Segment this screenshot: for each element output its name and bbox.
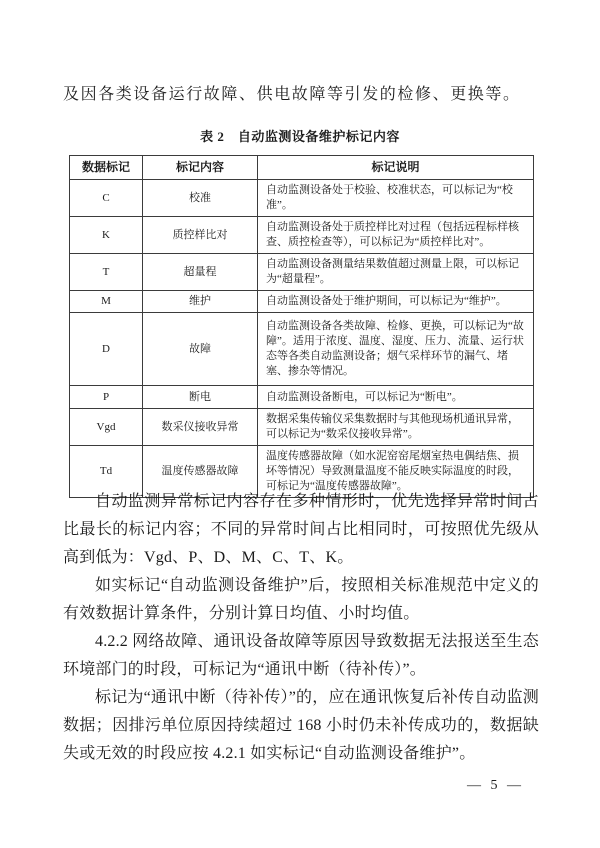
page-number: — 5 — — [0, 778, 600, 794]
cell-name: 超量程 — [143, 254, 258, 291]
intro-paragraph: 及因各类设备运行故障、供电故障等引发的检修、更换等。 — [63, 83, 539, 106]
cell-code: K — [70, 217, 143, 254]
paragraph-average-calculation: 如实标记“自动监测设备维护”后，按照相关标准规范中定义的有效数据计算条件，分别计… — [63, 572, 539, 628]
cell-description: 自动监测设备处于维护期间，可以标记为“维护”。 — [258, 291, 534, 313]
body-text-block: 自动监测异常标记内容存在多种情形时，优先选择异常时间占比最长的标记内容；不同的异… — [63, 488, 539, 768]
cell-code: C — [70, 180, 143, 217]
cell-description: 自动监测设备断电，可以标记为“断电”。 — [258, 386, 534, 409]
cell-code: P — [70, 386, 143, 409]
paragraph-priority-order: 自动监测异常标记内容存在多种情形时，优先选择异常时间占比最长的标记内容；不同的异… — [63, 488, 539, 572]
cell-code: T — [70, 254, 143, 291]
cell-description: 自动监测设备测量结果数值超过测量上限，可以标记为“超量程”。 — [258, 254, 534, 291]
cell-code: M — [70, 291, 143, 313]
table-row-fault: D 故障 自动监测设备各类故障、检修、更换，可以标记为“故障”。适用于浓度、温度… — [70, 313, 534, 386]
cell-name: 校准 — [143, 180, 258, 217]
header-cell-mark-description: 标记说明 — [258, 156, 534, 180]
cell-description: 自动监测设备处于校验、校准状态，可以标记为“校准”。 — [258, 180, 534, 217]
cell-name: 维护 — [143, 291, 258, 313]
header-cell-mark-content: 标记内容 — [143, 156, 258, 180]
table-header-row: 数据标记 标记内容 标记说明 — [70, 156, 534, 180]
table-row-dcs-receive-error: Vgd 数采仪接收异常 数据采集传输仪采集数据时与其他现场机通讯异常，可以标记为… — [70, 409, 534, 446]
cell-name: 故障 — [143, 313, 258, 386]
table-row-qc-comparison: K 质控样比对 自动监测设备处于质控样比对过程（包括远程标样核查、质控检查等），… — [70, 217, 534, 254]
header-cell-data-mark: 数据标记 — [70, 156, 143, 180]
cell-name: 质控样比对 — [143, 217, 258, 254]
paragraph-section-4-2-2: 4.2.2 网络故障、通讯设备故障等原因导致数据无法报送至生态环境部门的时段，可… — [63, 628, 539, 684]
paragraph-retransmission-rule: 标记为“通讯中断（待补传）”的，应在通讯恢复后补传自动监测数据；因排污单位原因持… — [63, 684, 539, 768]
cell-code: Vgd — [70, 409, 143, 446]
cell-code: D — [70, 313, 143, 386]
cell-description: 自动监测设备各类故障、检修、更换，可以标记为“故障”。适用于浓度、温度、湿度、压… — [258, 313, 534, 386]
cell-name: 断电 — [143, 386, 258, 409]
cell-description: 数据采集传输仪采集数据时与其他现场机通讯异常，可以标记为“数采仪接收异常”。 — [258, 409, 534, 446]
table-row-calibration: C 校准 自动监测设备处于校验、校准状态，可以标记为“校准”。 — [70, 180, 534, 217]
maintenance-mark-table: 数据标记 标记内容 标记说明 C 校准 自动监测设备处于校验、校准状态，可以标记… — [69, 155, 534, 498]
document-page: 及因各类设备运行故障、供电故障等引发的检修、更换等。 表 2 自动监测设备维护标… — [0, 0, 600, 848]
table-row-over-range: T 超量程 自动监测设备测量结果数值超过测量上限，可以标记为“超量程”。 — [70, 254, 534, 291]
cell-name: 数采仪接收异常 — [143, 409, 258, 446]
table-row-power-off: P 断电 自动监测设备断电，可以标记为“断电”。 — [70, 386, 534, 409]
table-row-maintenance: M 维护 自动监测设备处于维护期间，可以标记为“维护”。 — [70, 291, 534, 313]
cell-description: 自动监测设备处于质控样比对过程（包括远程标样核查、质控检查等），可以标记为“质控… — [258, 217, 534, 254]
table-title: 表 2 自动监测设备维护标记内容 — [0, 126, 600, 145]
